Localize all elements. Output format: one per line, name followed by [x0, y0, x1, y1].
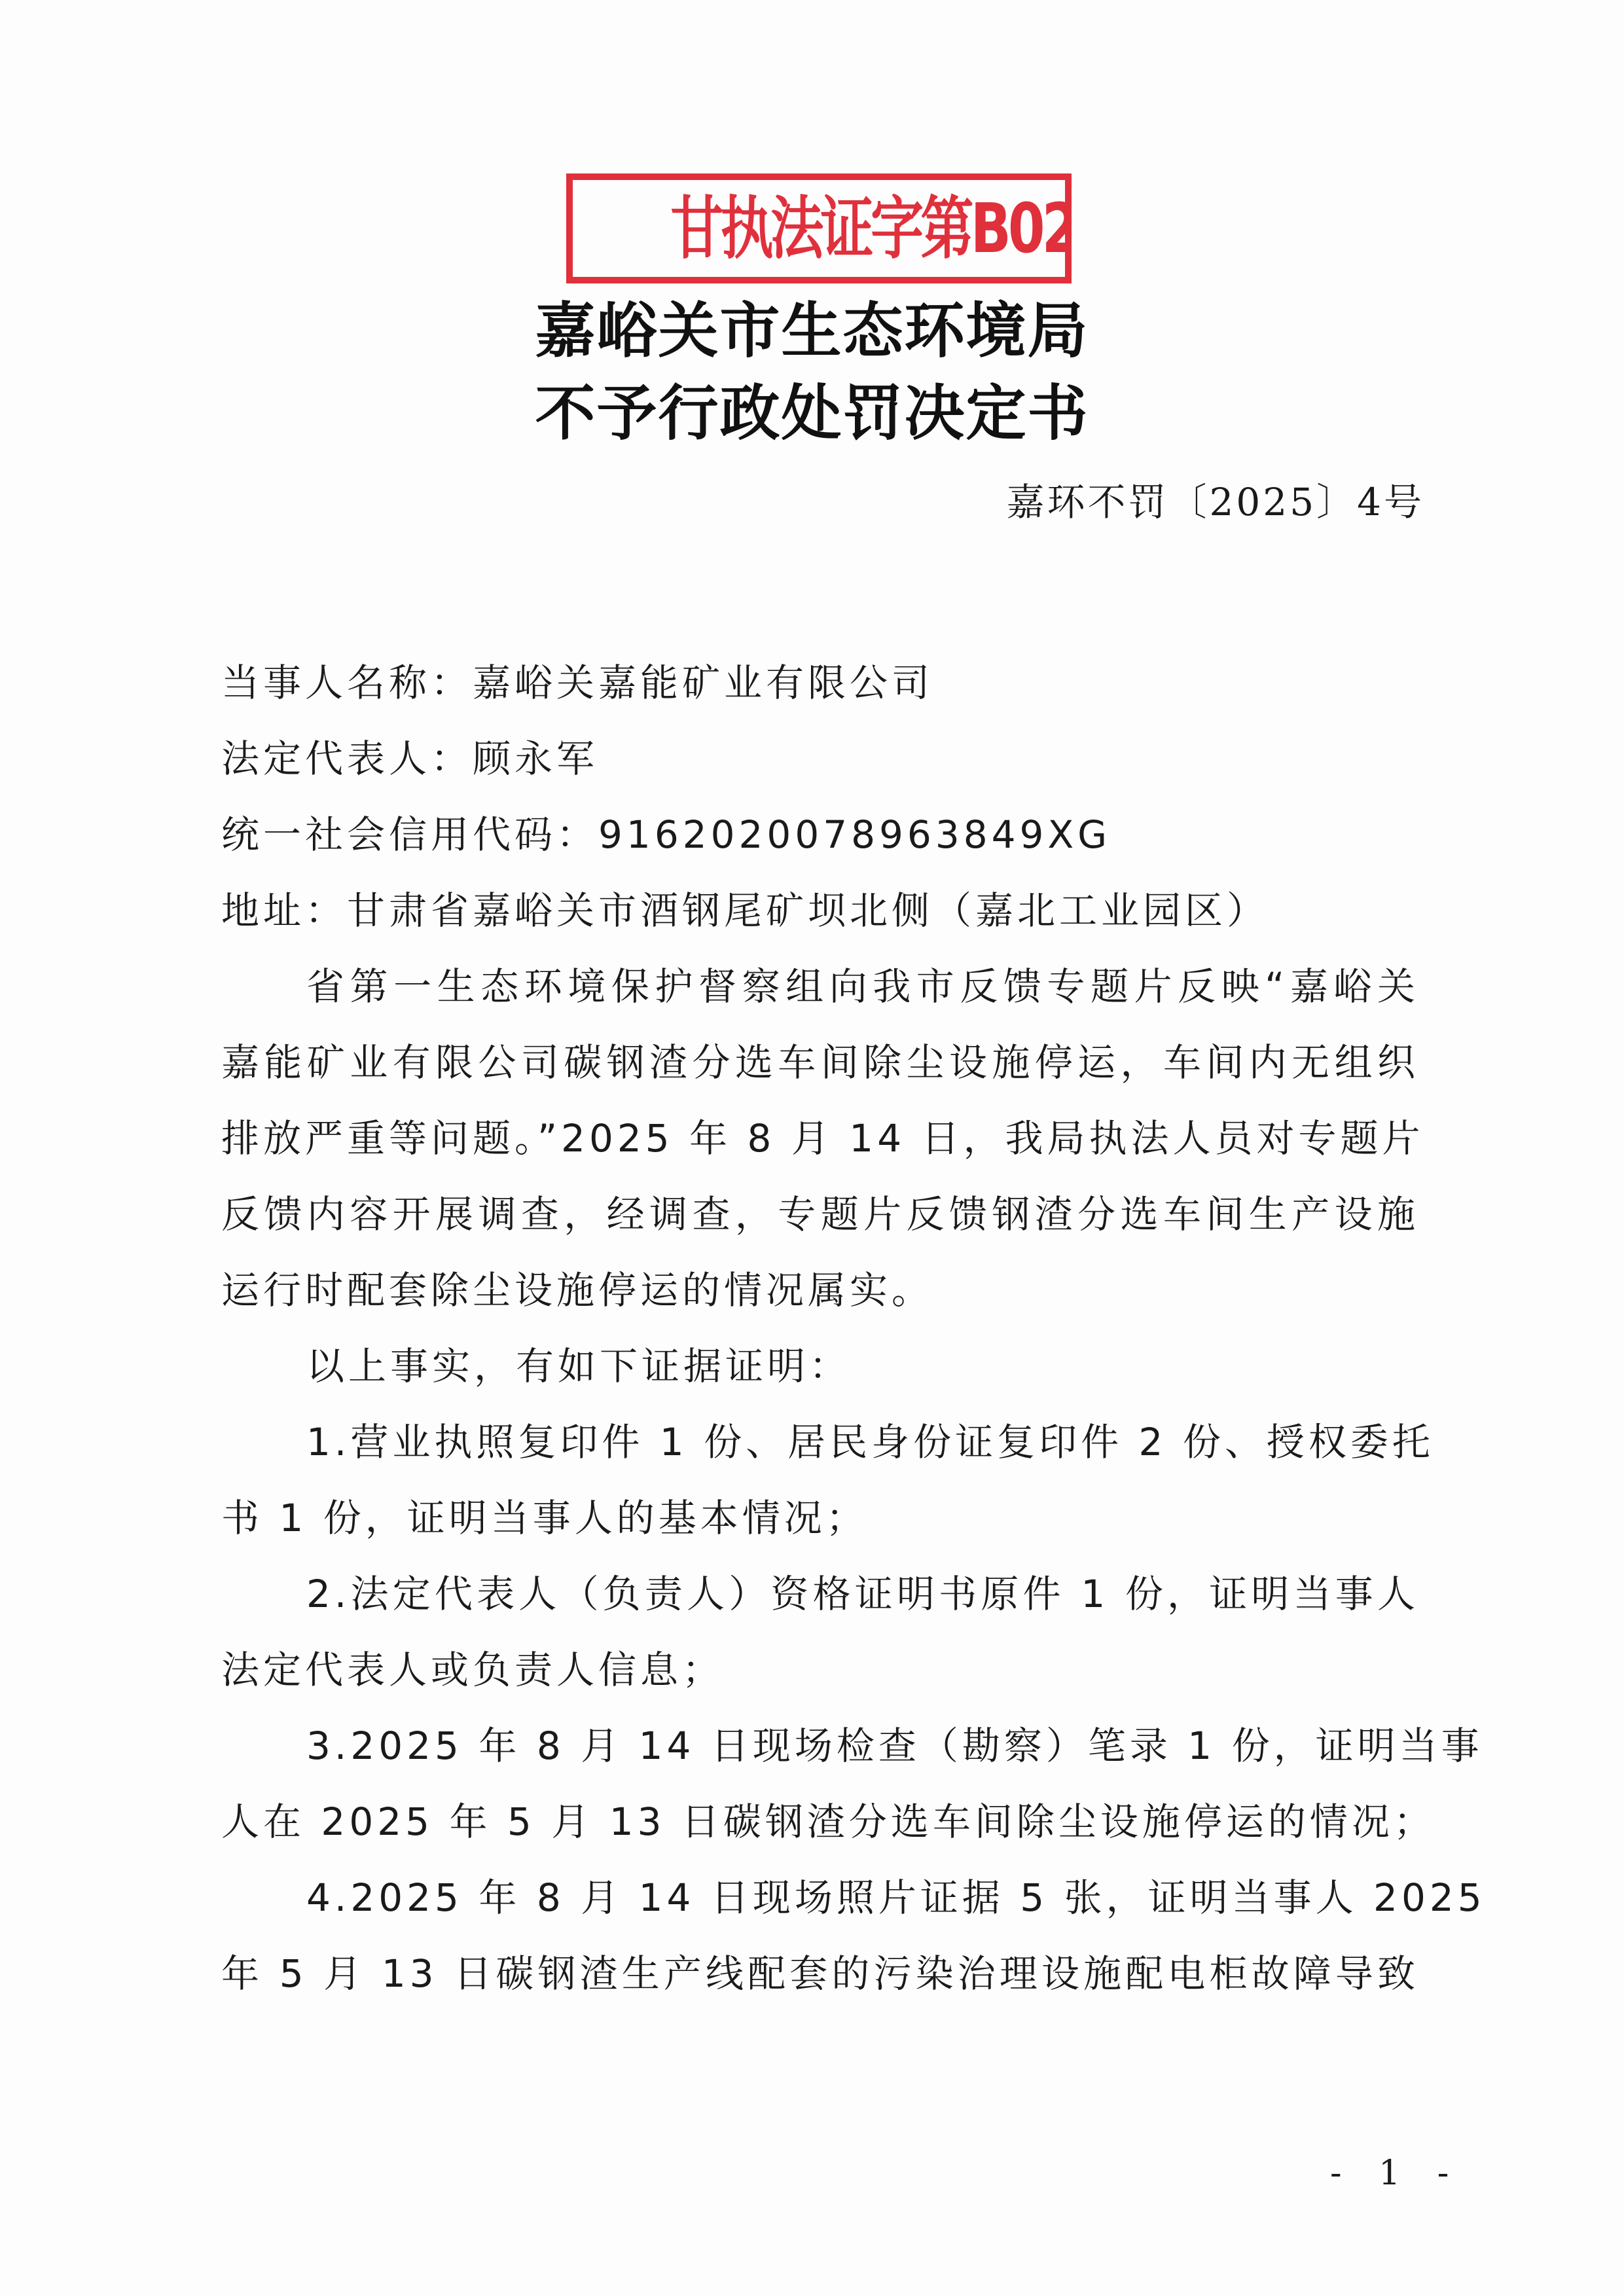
evidence-item-4: 4.2025 年 8 月 14 日现场照片证据 5 张，证明当事人 2025 [221, 1860, 1419, 1936]
credit-code-row: 统一社会信用代码：9162020078963849XG [221, 797, 1419, 873]
paragraph-line: 排放严重等问题。”2025 年 8 月 14 日，我局执法人员对专题片 [221, 1100, 1419, 1176]
enforcement-certificate-stamp: 甘执法证字第B020015001号 [566, 173, 1072, 283]
paragraph-line: 省第一生态环境保护督察组向我市反馈专题片反映“嘉峪关 [221, 949, 1419, 1024]
address-label: 地址： [221, 888, 347, 933]
credit-code-label: 统一社会信用代码： [221, 812, 598, 857]
issuing-authority-title: 嘉峪关市生态环境局 [0, 283, 1624, 369]
party-name-row: 当事人名称：嘉峪关嘉能矿业有限公司 [221, 645, 1419, 721]
address-value: 甘肃省嘉峪关市酒钢尾矿坝北侧（嘉北工业园区） [347, 888, 1269, 933]
evidence-item-2: 2.法定代表人（负责人）资格证明书原件 1 份，证明当事人 [221, 1556, 1419, 1632]
evidence-intro: 以上事实，有如下证据证明： [221, 1328, 1419, 1404]
document-number: 嘉环不罚〔2025〕4号 [1006, 471, 1424, 526]
evidence-item-1: 1.营业执照复印件 1 份、居民身份证复印件 2 份、授权委托 [221, 1404, 1419, 1480]
evidence-item-1-cont: 书 1 份，证明当事人的基本情况； [221, 1480, 1419, 1556]
paragraph-line: 嘉能矿业有限公司碳钢渣分选车间除尘设施停运，车间内无组织 [221, 1024, 1419, 1100]
address-row: 地址：甘肃省嘉峪关市酒钢尾矿坝北侧（嘉北工业园区） [221, 873, 1419, 949]
document-body: 当事人名称：嘉峪关嘉能矿业有限公司 法定代表人：顾永军 统一社会信用代码：916… [221, 645, 1419, 2012]
credit-code-value: 9162020078963849XG [598, 812, 1111, 857]
legal-representative-row: 法定代表人：顾永军 [221, 721, 1419, 797]
stamp-text: 甘执法证字第B020015001号 [670, 180, 1072, 277]
evidence-item-3-cont: 人在 2025 年 5 月 13 日碳钢渣分选车间除尘设施停运的情况； [221, 1784, 1419, 1860]
paragraph-line: 运行时配套除尘设施停运的情况属实。 [221, 1252, 1419, 1328]
document-title: 不予行政处罚决定书 [0, 365, 1624, 452]
evidence-item-4-cont: 年 5 月 13 日碳钢渣生产线配套的污染治理设施配电柜故障导致 [221, 1936, 1419, 2012]
paragraph-line: 反馈内容开展调查，经调查，专题片反馈钢渣分选车间生产设施 [221, 1176, 1419, 1252]
party-name-value: 嘉峪关嘉能矿业有限公司 [473, 660, 933, 705]
legal-representative-label: 法定代表人： [221, 736, 473, 781]
page-number: - 1 - [1330, 2154, 1462, 2193]
party-name-label: 当事人名称： [221, 660, 473, 705]
evidence-item-2-cont: 法定代表人或负责人信息； [221, 1632, 1419, 1708]
legal-representative-value: 顾永军 [473, 736, 598, 781]
evidence-item-3: 3.2025 年 8 月 14 日现场检查（勘察）笔录 1 份，证明当事 [221, 1708, 1419, 1784]
